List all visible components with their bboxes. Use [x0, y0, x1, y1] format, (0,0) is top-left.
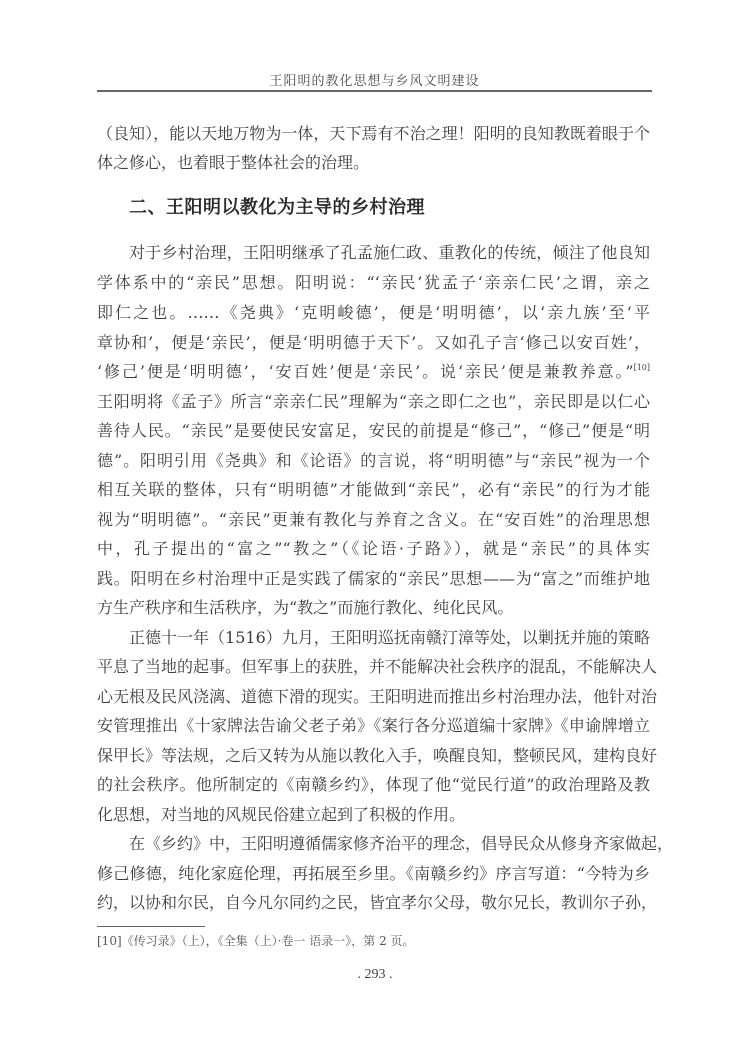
footnote-reference[interactable]: [10] — [634, 363, 650, 372]
header-rule — [97, 90, 652, 92]
section-heading: 二、王阳明以教化为主导的乡村治理 — [129, 197, 425, 219]
p1-line-2: 学体系中的“亲民”思想。阳明说：“‘亲民’犹孟子‘亲亲仁民’之谓，亲之 — [97, 273, 650, 293]
p3-line-2: 修己修德，纯化家庭伦理，再拓展至乡里。《南赣乡约》序言写道：“今特为乡 — [97, 864, 650, 884]
p2-line-1: 正德十一年（1516）九月，王阳明巡抚南赣汀漳等处，以剿抚并施的策略 — [129, 628, 650, 648]
p2-line-4: 安管理推出《十家牌法告谕父老子弟》《案行各分巡道编十家牌》《申谕牌增立 — [97, 716, 650, 736]
p2-line-5: 保甲长》等法规，之后又转为从施以教化入手，唤醒良知，整顿民风，建构良好 — [97, 746, 650, 766]
p3-line-3: 约，以协和尔民，自今凡尔同约之民，皆宜孝尔父母，敬尔兄长，教训尔子孙， — [97, 893, 650, 913]
p1-line-10: 视为“明明德”。“亲民”更兼有教化与养育之含义。在“安百姓”的治理思想 — [97, 510, 650, 530]
p1-line-9: 相互关联的整体，只有“明明德”才能做到“亲民”，必有“亲民”的行为才能 — [97, 480, 650, 500]
p3-line-1: 在《乡约》中，王阳明遵循儒家修齐治平的理念，倡导民众从修身齐家做起， — [129, 834, 650, 854]
p2-line-7: 化思想，对当地的风规民俗建立起到了积极的作用。 — [97, 805, 650, 825]
running-header: 王阳明的教化思想与乡风文明建设 — [97, 70, 652, 89]
book-page: 王阳明的教化思想与乡风文明建设 （良知），能以天地万物为一体，天下焉有不治之理！… — [0, 0, 750, 1045]
page-number: . 293 . — [0, 967, 750, 983]
p2-line-3: 心无根及民风浇漓、道德下滑的现实。王阳明进而推出乡村治理办法，他针对治 — [97, 687, 650, 707]
p1-line-1: 对于乡村治理，王阳明继承了孔孟施仁政、重教化的传统，倾注了他良知 — [129, 243, 650, 263]
p1-line-13: 方生产秩序和生活秩序，为“教之”而施行教化、纯化民风。 — [97, 598, 650, 618]
p1-line-7: 善待人民。“亲民”是要使民安富足，安民的前提是“修己”，“修己”便是“明 — [97, 421, 650, 441]
footnote-text: 《传习录》（上），《全集（上）·卷一 语录一》，第 2 页。 — [122, 934, 415, 948]
p1-line-12: 践。阳明在乡村治理中正是实践了儒家的“亲民”思想——为“富之”而维护地 — [97, 569, 650, 589]
footnote-rule — [97, 926, 205, 927]
p2-line-2: 平息了当地的起事。但军事上的获胜，并不能解决社会秩序的混乱，不能解决人 — [97, 657, 650, 677]
p1-line-6: 王阳明将《孟子》所言“亲亲仁民”理解为“亲之即仁之也”，亲民即是以仁心 — [97, 392, 650, 412]
p1-line-11: 中，孔子提出的“富之”“教之”（《论语·子路》），就是“亲民”的具体实 — [97, 539, 650, 559]
p1-line-4: 章协和’，便是‘亲民’，便是‘明明德于天下’。又如孔子言‘修己以安百姓’， — [97, 333, 650, 353]
p1-line-5: ‘修己’便是‘明明德’，‘安百姓’便是‘亲民’。说‘亲民’便是兼教养意。”[10… — [97, 362, 650, 382]
footnote: [10]《传习录》（上），《全集（上）·卷一 语录一》，第 2 页。 — [97, 933, 415, 949]
p2-line-6: 的社会秩序。他所制定的《南赣乡约》，体现了他“觉民行道”的政治理路及教 — [97, 775, 650, 795]
p1-line-5-text: ‘修己’便是‘明明德’，‘安百姓’便是‘亲民’。说‘亲民’便是兼教养意。” — [97, 362, 634, 381]
footnote-marker: [10] — [97, 934, 122, 948]
intro-line-1: （良知），能以天地万物为一体，天下焉有不治之理！阳明的良知教既着眼于个 — [97, 124, 650, 144]
p1-line-8: 德”。阳明引用《尧典》和《论语》的言说，将“明明德”与“亲民”视为一个 — [97, 451, 650, 471]
p1-line-3: 即仁之也。……《尧典》‘克明峻德’，便是‘明明德’，以‘亲九族’至‘平 — [97, 303, 650, 323]
intro-line-2: 体之修心，也着眼于整体社会的治理。 — [97, 153, 650, 173]
